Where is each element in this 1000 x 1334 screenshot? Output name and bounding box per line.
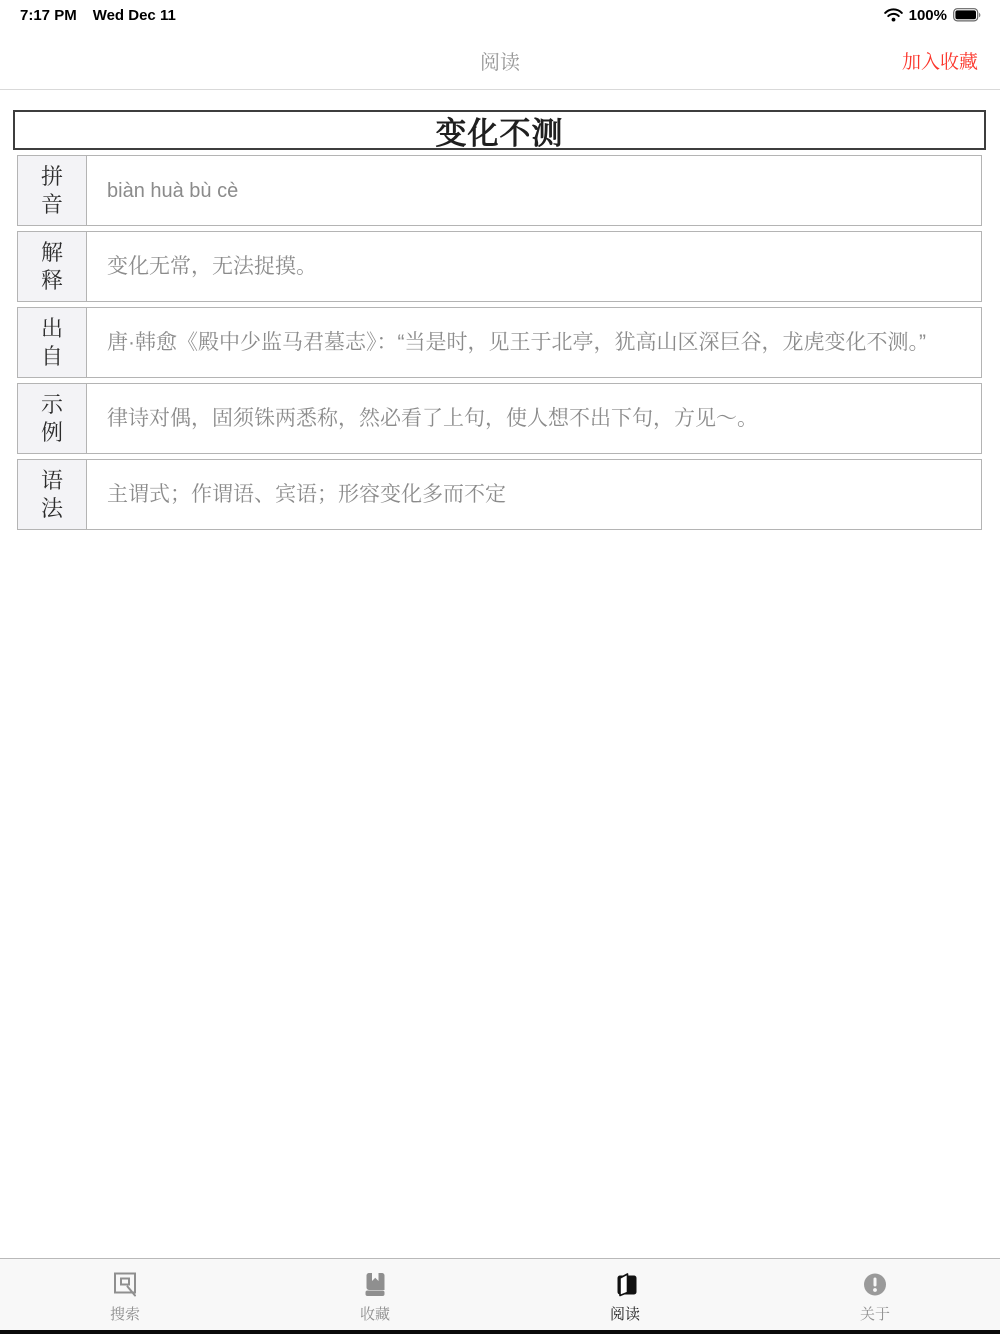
table-row-definition: 解 释 变化无常，无法捉摸。 (17, 231, 982, 302)
row-label-definition: 解 释 (18, 232, 87, 301)
status-left: 7:17 PM Wed Dec 11 (20, 7, 176, 24)
wifi-icon (884, 8, 903, 22)
table-row-source: 出 自 唐·韩愈《殿中少监马君墓志》：“当是时，见王于北亭，犹高山区深巨谷，龙虎… (17, 307, 982, 378)
row-value-pinyin: biàn huà bù cè (87, 156, 981, 225)
tab-reading[interactable]: 阅读 (500, 1259, 750, 1330)
row-value-source: 唐·韩愈《殿中少监马君墓志》：“当是时，见王于北亭，犹高山区深巨谷，龙虎变化不测… (87, 308, 981, 377)
entry-card: 变化不测 拼 音 biàn huà bù cè 解 释 变化无常，无法捉摸。 出… (13, 110, 986, 530)
table-row-grammar: 语 法 主谓式；作谓语、宾语；形容变化多而不定 (17, 459, 982, 530)
tab-about[interactable]: 关于 (750, 1259, 1000, 1330)
row-value-definition: 变化无常，无法捉摸。 (87, 232, 981, 301)
tab-label-search: 搜索 (110, 1303, 140, 1324)
status-right: 100% (884, 7, 982, 24)
tab-label-reading: 阅读 (610, 1303, 640, 1324)
app-screen: 7:17 PM Wed Dec 11 100% 阅读 (0, 0, 1000, 1334)
tab-favorites[interactable]: 收藏 (250, 1259, 500, 1330)
table-row-example: 示 例 律诗对偶，固须铢两悉称，然必看了上句，使人想不出下句，方见～。 (17, 383, 982, 454)
nav-bar: 阅读 加入收藏 (0, 26, 1000, 90)
tab-label-about: 关于 (860, 1303, 890, 1324)
table-row-pinyin: 拼 音 biàn huà bù cè (17, 155, 982, 226)
home-indicator-bar (0, 1330, 1000, 1334)
tab-label-favorites: 收藏 (360, 1303, 390, 1324)
tab-search[interactable]: 搜索 (0, 1259, 250, 1330)
status-date: Wed Dec 11 (93, 7, 176, 24)
info-icon (859, 1269, 891, 1301)
bookmark-icon (359, 1269, 391, 1301)
open-book-icon (609, 1269, 641, 1301)
entry-rows: 拼 音 biàn huà bù cè 解 释 变化无常，无法捉摸。 出 自 唐·… (13, 155, 986, 530)
row-value-grammar: 主谓式；作谓语、宾语；形容变化多而不定 (87, 460, 981, 529)
idiom-title: 变化不测 (13, 110, 986, 150)
row-label-pinyin: 拼 音 (18, 156, 87, 225)
battery-percent-label: 100% (909, 7, 947, 24)
row-value-example: 律诗对偶，固须铢两悉称，然必看了上句，使人想不出下句，方见～。 (87, 384, 981, 453)
battery-icon (953, 8, 982, 22)
row-label-grammar: 语 法 (18, 460, 87, 529)
page-title: 阅读 (0, 46, 1000, 75)
search-icon (109, 1269, 141, 1301)
status-bar: 7:17 PM Wed Dec 11 100% (0, 0, 1000, 26)
row-label-example: 示 例 (18, 384, 87, 453)
add-to-favorites-button[interactable]: 加入收藏 (902, 47, 978, 74)
tab-bar: 搜索 收藏 阅读 (0, 1258, 1000, 1330)
status-time: 7:17 PM (20, 7, 77, 24)
row-label-source: 出 自 (18, 308, 87, 377)
